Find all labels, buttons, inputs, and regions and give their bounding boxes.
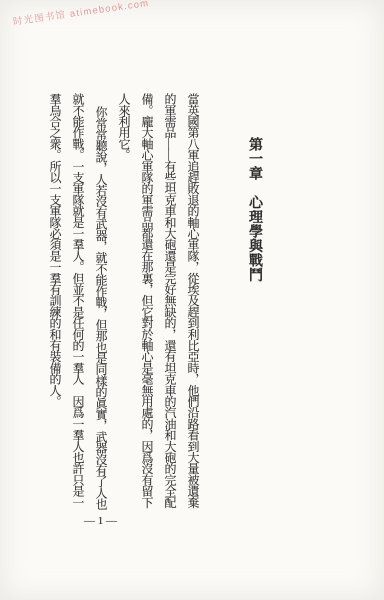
page-number: — 1 —	[84, 515, 117, 527]
paragraph-2: 你常常聽說，人若沒有武器，就不能作戰，但那也是同樣的眞實，武器沒有了人也就不能作…	[43, 93, 112, 517]
chapter-title: 第一章 心理學與戰鬥	[245, 93, 263, 517]
body-text: 當英國第八軍追趕敗退的軸心軍隊，從埃及趕到利比亞時，他們沿路看到大量被遺棄的軍需…	[43, 93, 204, 517]
book-page: 时光图书馆 atimebook.com 第一章 心理學與戰鬥 當英國第八軍追趕敗…	[0, 0, 384, 600]
watermark: 时光图书馆 atimebook.com	[12, 0, 150, 28]
paragraph-1: 當英國第八軍追趕敗退的軸心軍隊，從埃及趕到利比亞時，他們沿路看到大量被遺棄的軍需…	[112, 93, 204, 517]
